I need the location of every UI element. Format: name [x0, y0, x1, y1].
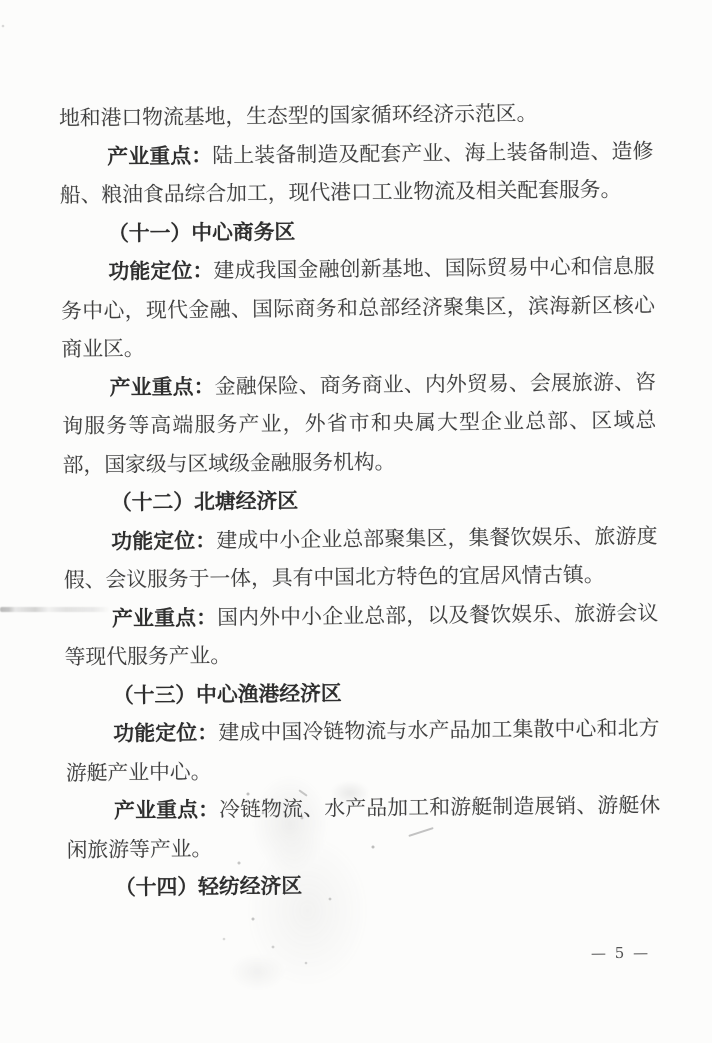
heading-text: （十二）北塘经济区 [111, 488, 298, 515]
paragraph-lead: 功能定位： [111, 527, 216, 553]
paragraph-text: 地和港口物流基地，生态型的国家循环经济示范区。 [59, 101, 538, 130]
paragraph-lead: 功能定位： [108, 258, 213, 284]
paragraph-lead: 功能定位： [113, 719, 218, 745]
heading-text: （十四）轻纺经济区 [115, 873, 302, 900]
paragraph: 产业重点：金融保险、商务商业、内外贸易、会展旅游、咨询服务等高端服务产业，外省市… [62, 362, 657, 484]
section-heading: （十四）轻纺经济区 [67, 863, 661, 908]
paragraph: 地和港口物流基地，生态型的国家循环经济示范区。 [59, 93, 653, 138]
paragraph-lead: 产业重点： [114, 796, 219, 822]
heading-text: （十三）中心渔港经济区 [113, 680, 342, 707]
page-number: — 5 — [591, 944, 650, 962]
document-body: 地和港口物流基地，生态型的国家循环经济示范区。 产业重点：陆上装备制造及配套产业… [59, 93, 661, 908]
paragraph: 产业重点：冷链物流、水产品加工和游艇制造展销、游艇休闲旅游等产业。 [66, 786, 661, 869]
paragraph: 功能定位：建成中国冷链物流与水产品加工集散中心和北方游艇产业中心。 [65, 709, 660, 792]
paragraph: 产业重点：国内外中小企业总部，以及餐饮娱乐、旅游会议等现代服务产业。 [64, 593, 659, 676]
scanned-document-page: 地和港口物流基地，生态型的国家循环经济示范区。 产业重点：陆上装备制造及配套产业… [0, 0, 712, 1043]
paragraph: 产业重点：陆上装备制造及配套产业、海上装备制造、造修船、粮油食品综合加工，现代港… [59, 131, 654, 214]
paragraph-lead: 产业重点： [107, 142, 212, 168]
paragraph: 功能定位：建成我国金融创新基地、国际贸易中心和信息服务中心，现代金融、国际商务和… [60, 247, 655, 369]
paragraph-lead: 产业重点： [112, 604, 217, 630]
section-heading: （十二）北塘经济区 [63, 478, 657, 523]
paragraph: 功能定位：建成中小企业总部聚集区，集餐饮娱乐、旅游度假、会议服务于一体，具有中国… [63, 516, 658, 599]
scan-speckles [0, 0, 2, 2]
paragraph-lead: 产业重点： [110, 373, 215, 399]
heading-text: （十一）中心商务区 [108, 218, 295, 245]
section-heading: （十三）中心渔港经济区 [65, 670, 659, 715]
section-heading: （十一）中心商务区 [60, 208, 654, 253]
